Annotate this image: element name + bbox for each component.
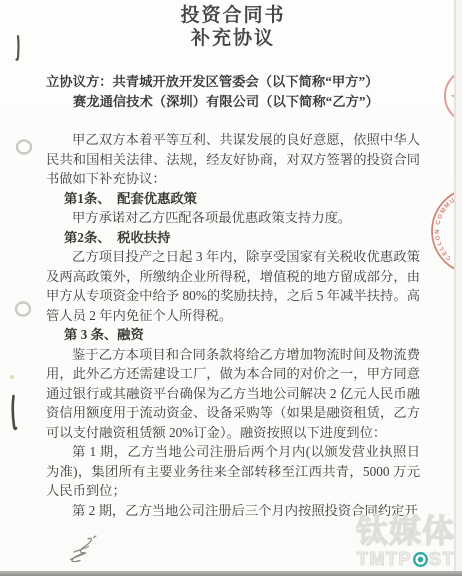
intro-paragraph: 甲乙双方本着平等互利、共谋发展的良好意愿，依照中华人民共和国相关法律、法规，经友…	[46, 130, 420, 189]
section-3-heading: 第 3 条、融资	[46, 325, 420, 345]
party-line-a: 立协议方：共青城开放开发区管委会（以下简称“甲方”）	[46, 72, 420, 92]
document-body: 投资合同书 补充协议 立协议方：共青城开放开发区管委会（以下简称“甲方”） 赛龙…	[46, 4, 420, 520]
title-line-1: 投资合同书	[46, 4, 420, 27]
binder-hole-bottom	[16, 303, 30, 316]
pen-mark-top	[16, 36, 18, 60]
watermark-chinese-logo: 钛媒体	[356, 515, 455, 547]
watermark-text-right: ST	[429, 550, 455, 568]
tmtpost-watermark: 钛媒体 TMTP ST	[356, 515, 455, 568]
watermark-text-left: TMTP	[357, 550, 412, 568]
party-line-b: 赛龙通信技术（深圳）有限公司（以下简称“乙方”）	[46, 92, 420, 112]
section-3-paragraph-1: 鉴于乙方本项目和合同条款将给乙方增加物流时间及物流费用，此外乙方还需建设工厂，做…	[46, 345, 420, 443]
signature-scribble	[71, 536, 97, 562]
watermark-o-ring-icon	[413, 552, 428, 567]
section-1-paragraph: 甲方承诺对乙方匹配各项最优惠政策支持力度。	[46, 208, 420, 228]
section-2-heading: 第2条、 税收扶持	[46, 228, 420, 248]
scan-bottom-edge	[0, 571, 462, 576]
scanned-contract-page: 投资合同书 补充协议 立协议方：共青城开放开发区管委会（以下简称“甲方”） 赛龙…	[0, 0, 462, 576]
page-right-edge-band	[456, 0, 462, 571]
paper-speck	[10, 375, 14, 379]
pen-mark-bottom	[13, 396, 16, 429]
title-line-2: 补充协议	[46, 27, 420, 50]
section-2-paragraph: 乙方项目投产之日起 3 年内，除享受国家有关税收优惠政策及两高政策外，所缴纳企业…	[46, 247, 420, 325]
section-1-heading: 第1条、 配套优惠政策	[46, 189, 420, 209]
page-right-edge-line	[454, 0, 456, 571]
section-3-paragraph-2: 第 1 期，乙方当地公司注册后两个月内(以颁发营业执照日为准)，集团所有主要业务…	[46, 442, 420, 501]
watermark-latin-logo: TMTP ST	[356, 550, 455, 568]
binder-hole-top	[17, 141, 31, 154]
document-title: 投资合同书 补充协议	[46, 4, 420, 50]
